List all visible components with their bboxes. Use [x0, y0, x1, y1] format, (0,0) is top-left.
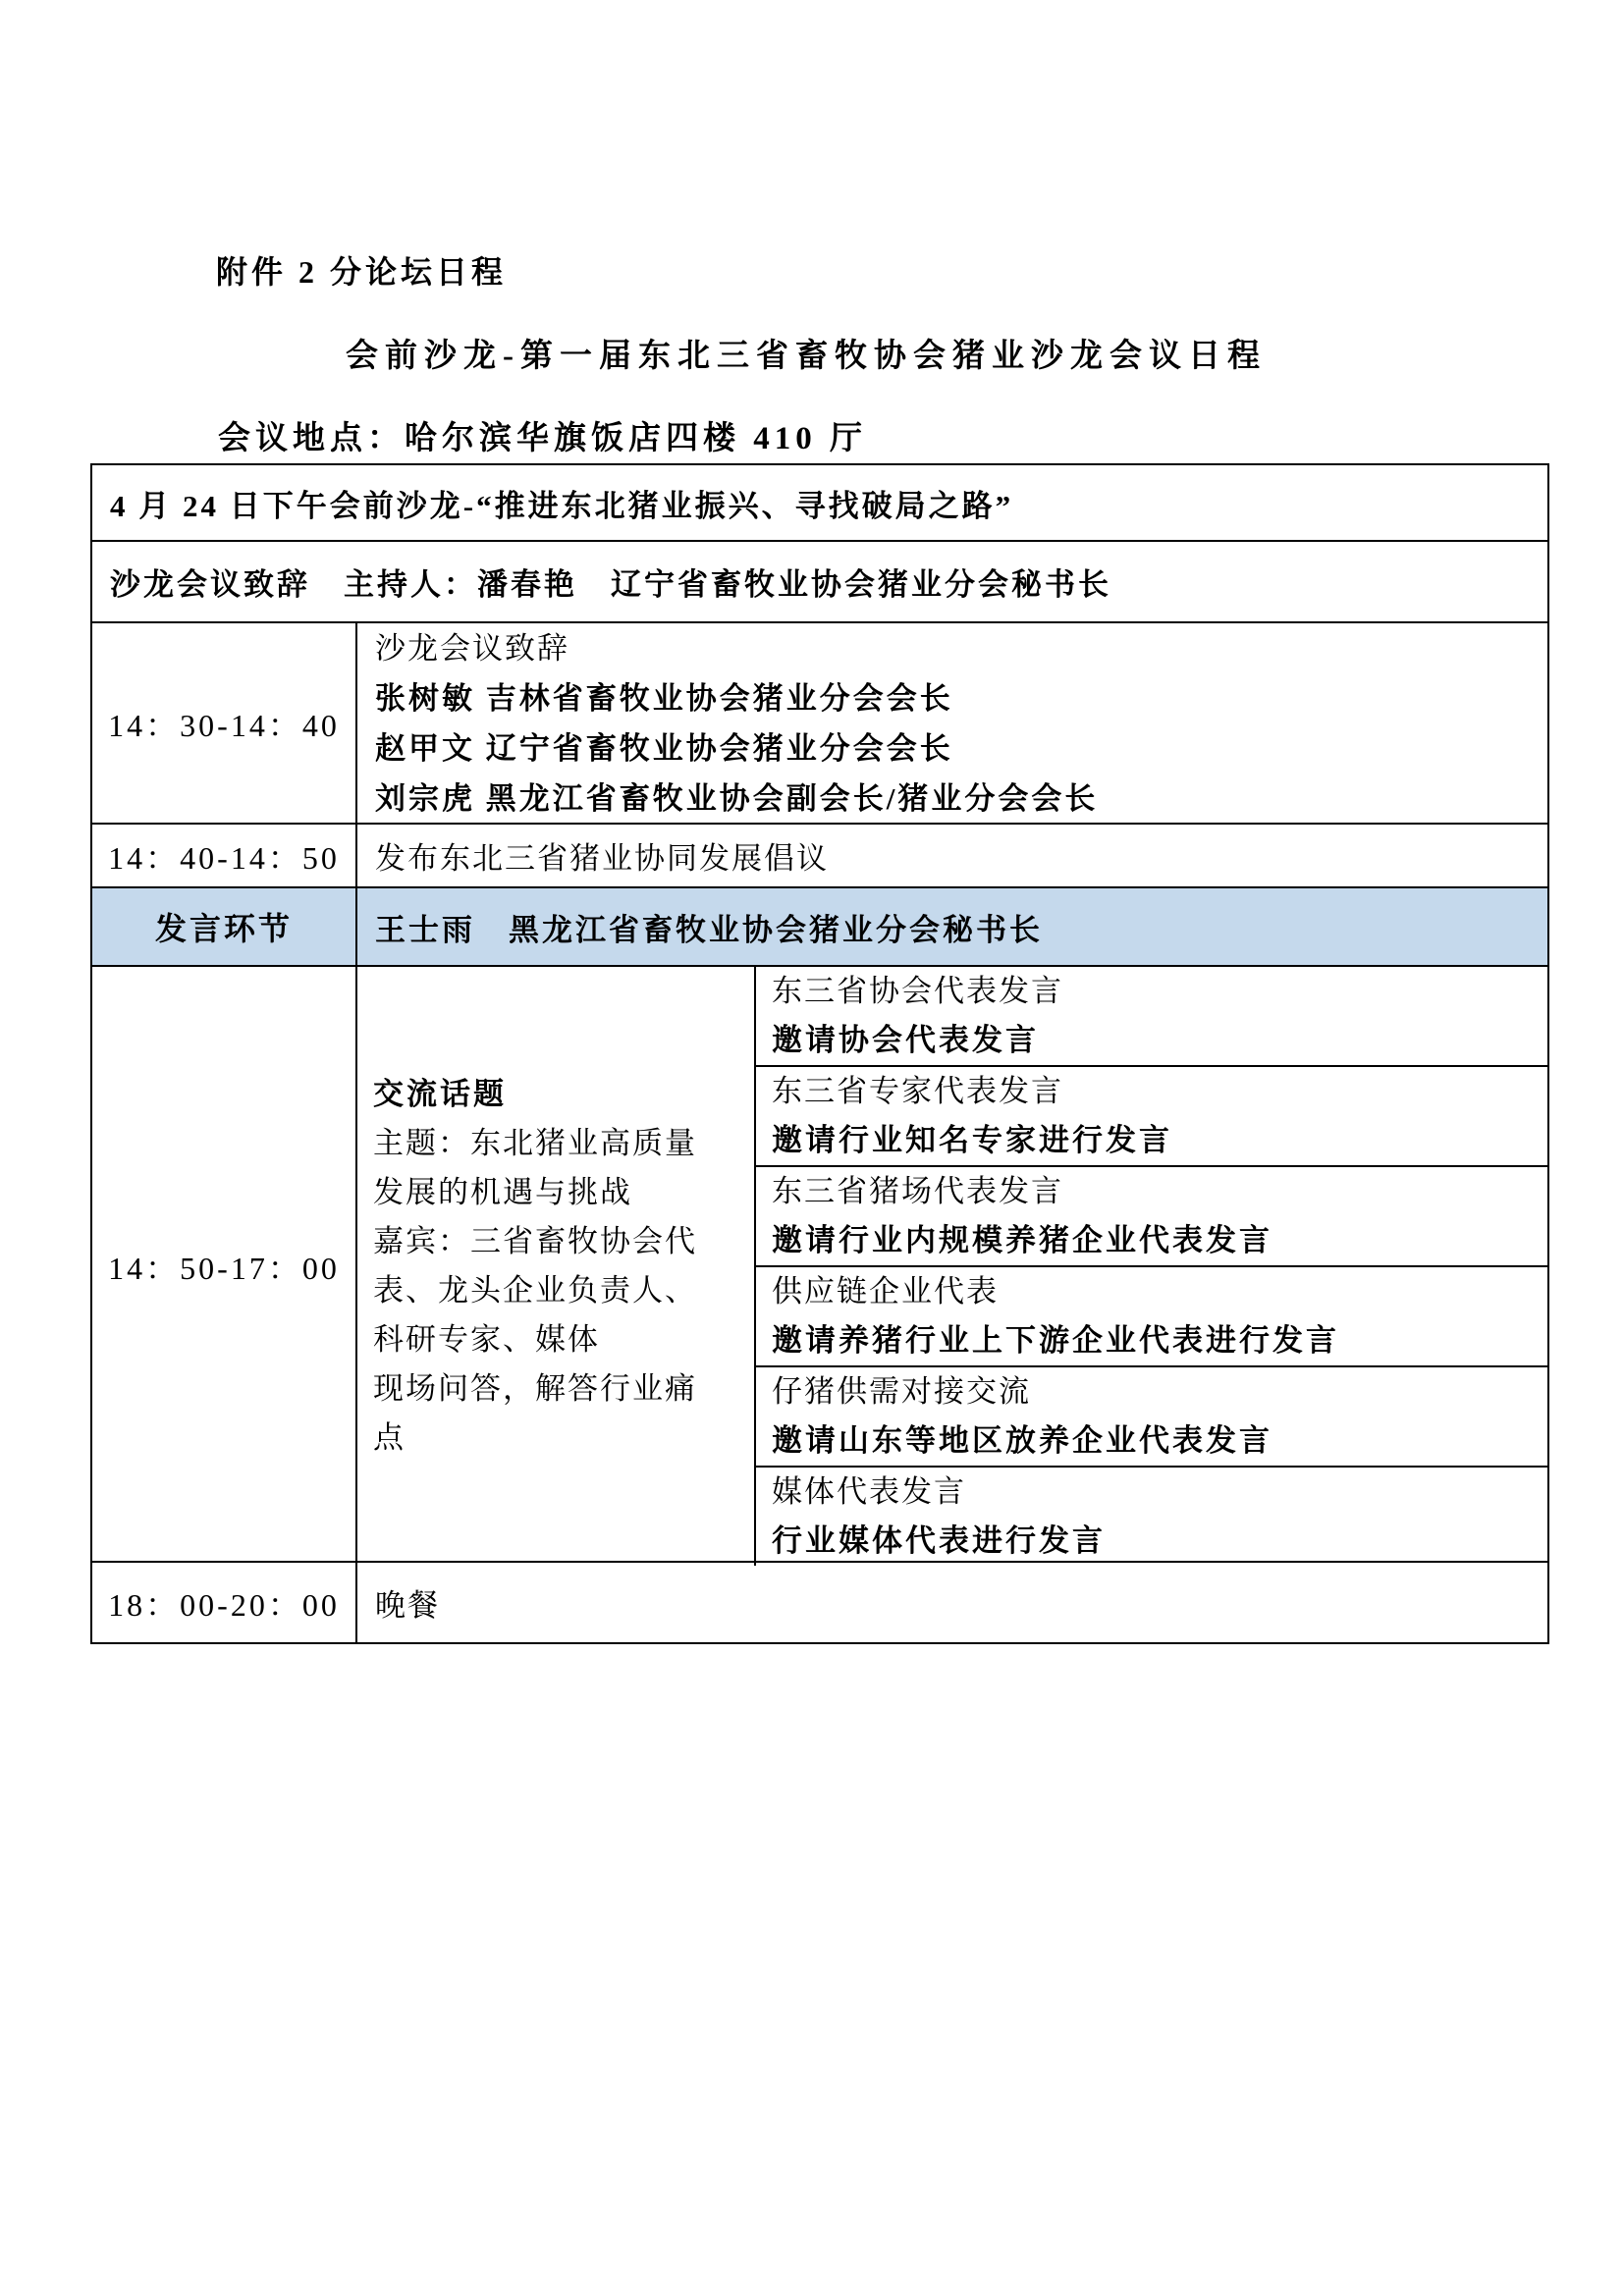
speaker-row-1-line-2: 邀请协会代表发言	[772, 1016, 1547, 1065]
venue-line: 会议地点：哈尔滨华旗饭店四楼 410 厅	[218, 412, 867, 458]
document-page: 附件 2 分论坛日程 会前沙龙-第一届东北三省畜牧协会猪业沙龙会议日程 会议地点…	[0, 0, 1624, 2296]
session-title: 4 月 24 日下午会前沙龙-“推进东北猪业振兴、寻找破局之路”	[92, 465, 1547, 540]
discussion-time: 14：50-17：00	[92, 967, 357, 1566]
speech-section-host: 王士雨 黑龙江省畜牧业协会猪业分会秘书长	[357, 888, 1547, 965]
opening-content: 沙龙会议致辞 张树敏 吉林省畜牧业协会猪业分会会长 赵甲文 辽宁省畜牧业协会猪业…	[357, 623, 1547, 824]
speaker-row-farms: 东三省猪场代表发言 邀请行业内规模养猪企业代表发言	[756, 1165, 1547, 1265]
speaker-row-piglet-supply: 仔猪供需对接交流 邀请山东等地区放养企业代表发言	[756, 1365, 1547, 1466]
discussion-row: 14：50-17：00 交流话题 主题：东北猪业高质量发展的机遇与挑战 嘉宾：三…	[92, 965, 1547, 1561]
speaker-row-6-line-2: 行业媒体代表进行发言	[772, 1517, 1547, 1566]
session-title-row: 4 月 24 日下午会前沙龙-“推进东北猪业振兴、寻找破局之路”	[92, 465, 1547, 540]
announcement-row: 14：40-14：50 发布东北三省猪业协同发展倡议	[92, 823, 1547, 886]
opening-time: 14：30-14：40	[92, 623, 357, 824]
speech-section-row: 发言环节 王士雨 黑龙江省畜牧业协会猪业分会秘书长	[92, 886, 1547, 965]
discussion-speakers-column: 东三省协会代表发言 邀请协会代表发言 东三省专家代表发言 邀请行业知名专家进行发…	[756, 967, 1547, 1566]
opening-line-2: 张树敏 吉林省畜牧业协会猪业分会会长	[375, 673, 1547, 723]
speech-section-label: 发言环节	[92, 888, 357, 965]
speaker-row-4-line-2: 邀请养猪行业上下游企业代表进行发言	[772, 1316, 1547, 1365]
topic-line-3: 现场问答，解答行业痛点	[373, 1364, 725, 1463]
salon-title: 会前沙龙-第一届东北三省畜牧协会猪业沙龙会议日程	[346, 330, 1267, 376]
speaker-row-5-line-2: 邀请山东等地区放养企业代表发言	[772, 1416, 1547, 1466]
opening-line-3: 赵甲文 辽宁省畜牧业协会猪业分会会长	[375, 723, 1547, 774]
speaker-row-4-line-1: 供应链企业代表	[772, 1267, 1547, 1316]
topic-line-2: 嘉宾：三省畜牧协会代表、龙头企业负责人、科研专家、媒体	[373, 1217, 725, 1364]
host-line: 沙龙会议致辞 主持人：潘春艳 辽宁省畜牧业协会猪业分会秘书长	[92, 542, 1547, 621]
speaker-row-2-line-2: 邀请行业知名专家进行发言	[772, 1116, 1547, 1165]
announcement-time: 14：40-14：50	[92, 825, 357, 886]
opening-line-4: 刘宗虎 黑龙江省畜牧业协会副会长/猪业分会会长	[375, 774, 1547, 824]
discussion-topic-cell: 交流话题 主题：东北猪业高质量发展的机遇与挑战 嘉宾：三省畜牧协会代表、龙头企业…	[357, 967, 756, 1566]
dinner-row: 18：00-20：00 晚餐	[92, 1561, 1547, 1642]
opening-row: 14：30-14：40 沙龙会议致辞 张树敏 吉林省畜牧业协会猪业分会会长 赵甲…	[92, 621, 1547, 823]
attachment-heading: 附件 2 分论坛日程	[216, 247, 507, 293]
agenda-table: 4 月 24 日下午会前沙龙-“推进东北猪业振兴、寻找破局之路” 沙龙会议致辞 …	[90, 463, 1549, 1644]
dinner-time: 18：00-20：00	[92, 1563, 357, 1642]
speaker-row-3-line-1: 东三省猪场代表发言	[772, 1167, 1547, 1216]
speaker-row-3-line-2: 邀请行业内规模养猪企业代表发言	[772, 1216, 1547, 1265]
speaker-row-supply-chain: 供应链企业代表 邀请养猪行业上下游企业代表进行发言	[756, 1265, 1547, 1365]
speaker-row-6-line-1: 媒体代表发言	[772, 1468, 1547, 1517]
speaker-row-experts: 东三省专家代表发言 邀请行业知名专家进行发言	[756, 1065, 1547, 1165]
speaker-row-5-line-1: 仔猪供需对接交流	[772, 1367, 1547, 1416]
announcement-text: 发布东北三省猪业协同发展倡议	[357, 825, 1547, 886]
dinner-text: 晚餐	[357, 1563, 1547, 1642]
opening-line-1: 沙龙会议致辞	[375, 623, 1547, 673]
host-row: 沙龙会议致辞 主持人：潘春艳 辽宁省畜牧业协会猪业分会秘书长	[92, 540, 1547, 621]
topic-title: 交流话题	[373, 1070, 725, 1119]
speaker-row-association: 东三省协会代表发言 邀请协会代表发言	[756, 967, 1547, 1065]
topic-line-1: 主题：东北猪业高质量发展的机遇与挑战	[373, 1119, 725, 1217]
speaker-row-media: 媒体代表发言 行业媒体代表进行发言	[756, 1466, 1547, 1566]
speaker-row-2-line-1: 东三省专家代表发言	[772, 1067, 1547, 1116]
speaker-row-1-line-1: 东三省协会代表发言	[772, 967, 1547, 1016]
